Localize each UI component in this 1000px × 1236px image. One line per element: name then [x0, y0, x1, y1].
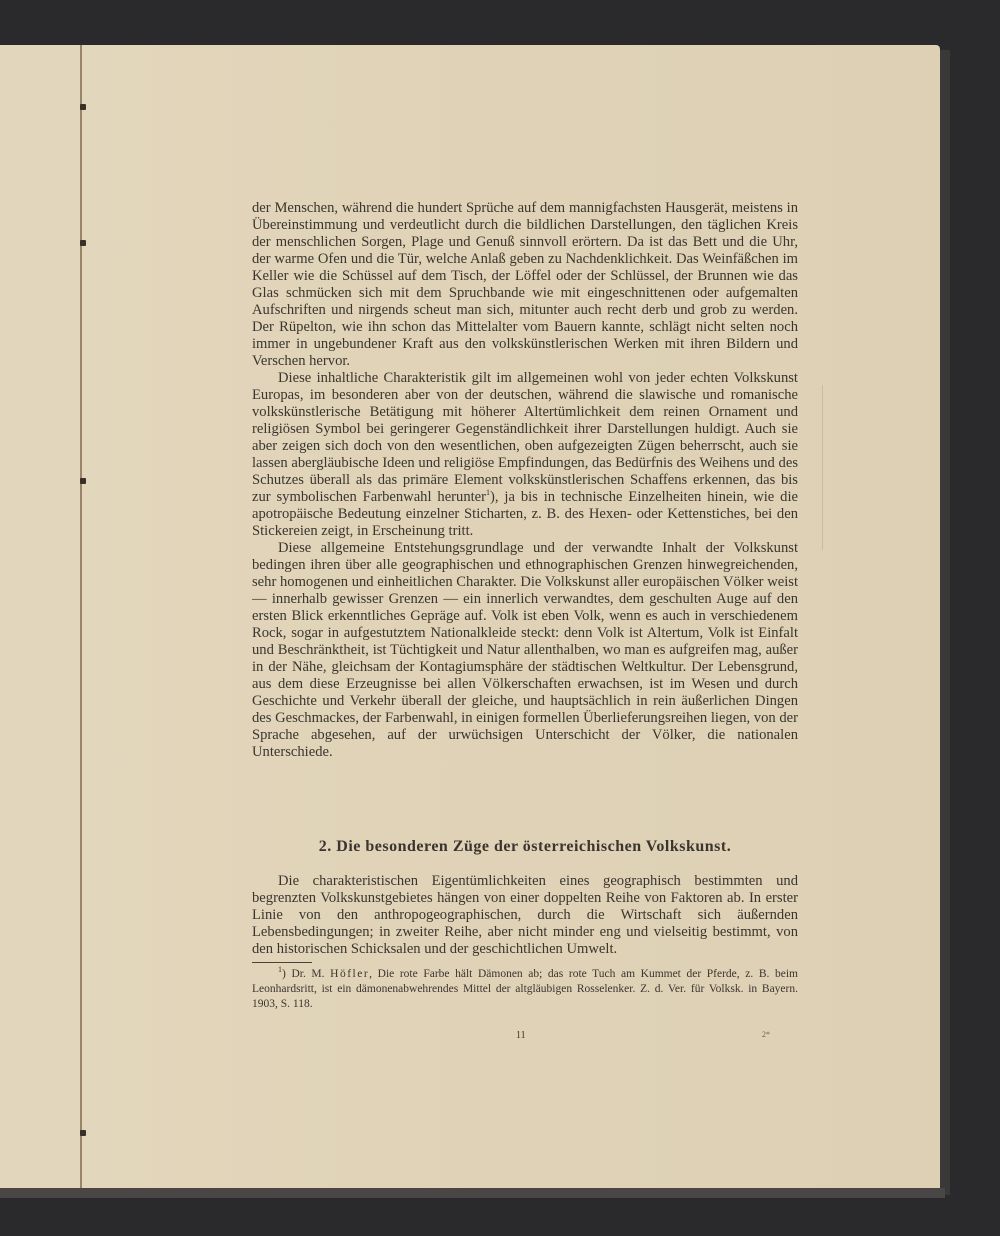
binding-thread-mark: [80, 478, 86, 484]
section-body-text: Die charakteristischen Eigentümlichkeite…: [252, 873, 798, 958]
body-text: der Menschen, während die hundert Sprüch…: [252, 200, 798, 761]
section-heading: 2. Die besonderen Züge der österreichisc…: [252, 838, 798, 856]
binding-thread-mark: [80, 1130, 86, 1136]
page-number: 11: [516, 1030, 526, 1041]
gutter-line: [80, 45, 82, 1188]
footnote-separator: [252, 962, 312, 963]
paragraph-1: der Menschen, während die hundert Sprüch…: [252, 200, 798, 370]
left-page-edge: [0, 45, 80, 1188]
book-cover-edge-right: [940, 50, 950, 1195]
section-paragraph-1: Die charakteristischen Eigentümlichkeite…: [252, 873, 798, 958]
paragraph-3: Diese allgemeine Entstehungsgrundlage un…: [252, 540, 798, 761]
paragraph-2: Diese inhaltliche Charakteristik gilt im…: [252, 370, 798, 540]
signature-mark: 2*: [762, 1030, 770, 1039]
binding-thread-mark: [80, 240, 86, 246]
book-cover-edge-bottom: [0, 1188, 945, 1198]
binding-thread-mark: [80, 104, 86, 110]
footnote: 1) Dr. M. Höfler, Die rote Farbe hält Dä…: [252, 967, 798, 1012]
footnote-author: Höfler: [330, 968, 369, 980]
paper-crease: [822, 385, 823, 550]
